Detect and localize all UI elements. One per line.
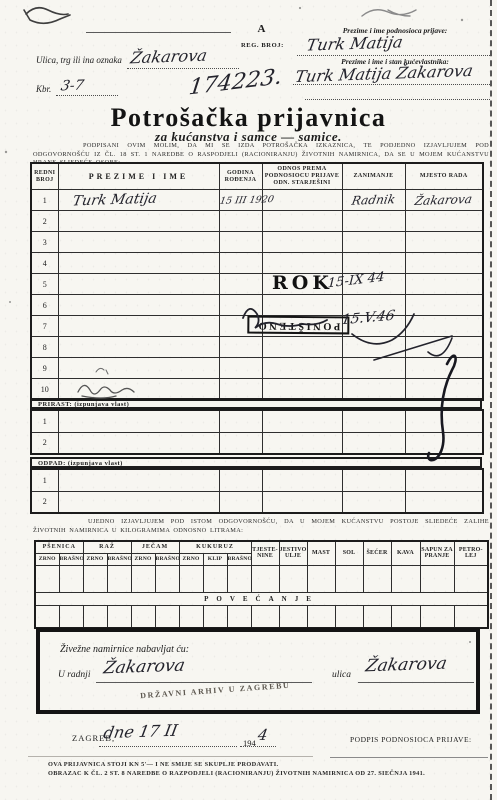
col-header-kava: KAVA — [391, 541, 420, 565]
col-group-psenica: PŠENICA — [35, 541, 83, 553]
col-header-tjestenine: TJESTE-NINE — [251, 541, 279, 565]
birth-value: 15 III 1920 — [218, 194, 274, 207]
table-row: 6 — [31, 295, 483, 316]
odpad-table: 1 2 — [30, 468, 484, 514]
col-group-jecam: JEČAM — [131, 541, 179, 553]
table-header-row: REDNI BROJ PREZIME I IME GODINA ROĐENJA … — [31, 163, 483, 190]
purchase-intro: Živežne namirnice nabavljat ću: — [60, 644, 189, 655]
scan-speck — [461, 19, 463, 21]
table-row: 2 — [31, 432, 483, 454]
table-row: 1 — [31, 410, 483, 432]
shop-value: Žakarova — [102, 656, 187, 679]
row-number: 2 — [31, 432, 58, 454]
row-number: 3 — [31, 232, 58, 253]
col-group-kukuruz: KUKURUZ — [179, 541, 251, 553]
table-row: 9 — [31, 358, 483, 379]
house-number-value: 3-7 — [60, 78, 86, 95]
archive-stamp: DRŽAVNI ARHIV U ZAGREBU — [140, 681, 291, 700]
street-value: Žakarova — [129, 46, 209, 68]
sub-zrno: ZRNO — [35, 553, 59, 565]
house-number-label: Kbr. — [36, 84, 51, 94]
purchase-street-label: ulica — [332, 670, 351, 680]
sub-brasno: BRAŠNO — [59, 553, 83, 565]
workplace-value: Žakarova — [414, 192, 474, 208]
purchase-box: Živežne namirnice nabavljat ću: U radnji… — [36, 628, 480, 714]
workplace-cell: Žakarova — [405, 190, 483, 211]
col-header-mjesto-rada: MJESTO RADA — [405, 163, 483, 190]
footer-note-form: OBRAZAC K ČL. 2 ST. 8 NAREDBE O RAZPODJE… — [48, 770, 425, 777]
supplies-entry-row — [35, 605, 488, 628]
pencil-scribble-top-right — [362, 10, 416, 16]
pencil-scribble-top-left — [24, 8, 70, 24]
row-number: 7 — [31, 316, 58, 337]
scan-speck — [5, 151, 7, 153]
rok-stamp: ROK — [272, 272, 333, 294]
row-number: 8 — [31, 337, 58, 358]
supplies-entry-row — [35, 565, 488, 592]
supplies-group-header-row: PŠENICA RAŽ JEČAM KUKURUZ TJESTE-NINE JE… — [35, 541, 488, 553]
relation-cell — [262, 190, 342, 211]
table-row: 2 — [31, 491, 483, 513]
footer-note-price: OVA PRIJAVNICA STOJI KN 5'— I NE SMIJE S… — [48, 761, 278, 768]
sub-brasno: BRAŠNO — [107, 553, 131, 565]
occupation-value: Radnik — [351, 192, 397, 207]
col-header-jestivo-ulje: JESTIVO ULJE — [279, 541, 307, 565]
sub-brasno: BRAŠNO — [227, 553, 251, 565]
signature-label: PODPIS PODNOSIOCA PRIJAVE: — [350, 735, 472, 744]
table-row: 3 — [31, 232, 483, 253]
row-number: 2 — [31, 491, 58, 513]
section-letter: A — [250, 23, 274, 35]
table-row: 4 — [31, 253, 483, 274]
col-header-petrolej: PETRO-LEJ — [454, 541, 488, 565]
col-header-redni-broj: REDNI BROJ — [31, 163, 58, 190]
col-header-mast: MAST — [307, 541, 335, 565]
col-header-zanimanje: ZANIMANJE — [342, 163, 405, 190]
odpad-label: ODPAD: (izpunjava vlast) — [30, 457, 482, 468]
col-header-secer: ŠEĆER — [363, 541, 391, 565]
table-row: 5 — [31, 274, 483, 295]
header-rule — [86, 32, 231, 33]
sub-klip: KLIP — [203, 553, 227, 565]
col-header-godina-rodenja: GODINA ROĐENJA — [219, 163, 262, 190]
povecanje-row: POVEĆANJE — [35, 592, 488, 605]
year-handwriting: 4 — [256, 726, 269, 744]
applicant-value: Turk Matija — [305, 32, 404, 54]
scan-speck — [9, 301, 11, 303]
year-line — [240, 746, 276, 747]
street-label: Ulica, trg ili ina oznaka — [36, 55, 122, 65]
table-row: 10 — [31, 379, 483, 401]
stock-declaration: UJEDNO IZJAVLJUJEM POD ISTOM ODGOVORNOŠĆ… — [33, 517, 489, 535]
table-row: 1 Turk Matija 15 III 1920 Radnik Žakarov… — [31, 190, 483, 211]
name-cell: Turk Matija — [58, 190, 219, 211]
house-number-line — [56, 95, 118, 96]
povecanje-label: POVEĆANJE — [35, 592, 488, 605]
row-number: 9 — [31, 358, 58, 379]
date-handwriting: dne 17 II — [102, 721, 179, 743]
sub-brasno: BRAŠNO — [155, 553, 179, 565]
name-value: Turk Matija — [71, 191, 158, 210]
row-number: 4 — [31, 253, 58, 274]
left-rule — [28, 756, 313, 757]
date-line — [99, 746, 237, 747]
table-row: 2 — [31, 211, 483, 232]
table-row: 1 — [31, 469, 483, 491]
ponisteno-stamp: PONIŠTENO — [247, 314, 349, 334]
landlord-line — [293, 84, 490, 85]
row-number: 1 — [31, 410, 58, 432]
perforation-edge — [490, 0, 492, 800]
col-header-odnos: ODNOS PREMA PODNOSIOCU PRIJAVE ODN. STAR… — [262, 163, 342, 190]
reg-broj-value: 174223. — [187, 65, 283, 101]
row-number: 1 — [31, 190, 58, 211]
purchase-street-line — [358, 682, 474, 683]
occupation-cell: Radnik — [342, 190, 405, 211]
birth-cell: 15 III 1920 — [219, 190, 262, 211]
col-header-sapun: SAPUN ZA PRANJE — [420, 541, 454, 565]
table-row: 8 — [31, 337, 483, 358]
scanned-form-page: A REG. BROJ: 174223. Prezime i ime podno… — [0, 0, 497, 800]
row-number: 5 — [31, 274, 58, 295]
sub-zrno: ZRNO — [83, 553, 107, 565]
sub-zrno: ZRNO — [131, 553, 155, 565]
prirast-label: PRIRAST: (izpunjava vlast) — [30, 398, 482, 409]
applicant-line — [297, 55, 490, 56]
purchase-street-value: Žakarova — [364, 654, 449, 677]
reg-broj-label: REG. BROJ: — [241, 42, 284, 49]
col-group-raz: RAŽ — [83, 541, 131, 553]
col-header-sol: SOL — [335, 541, 363, 565]
scan-speck — [299, 7, 301, 9]
shop-label: U radnji — [58, 670, 90, 680]
row-number: 1 — [31, 469, 58, 491]
supplies-table: PŠENICA RAŽ JEČAM KUKURUZ TJESTE-NINE JE… — [34, 540, 489, 629]
col-header-prezime-ime: PREZIME I IME — [58, 163, 219, 190]
prirast-table: 1 2 — [30, 409, 484, 455]
street-line — [127, 68, 239, 69]
row-number: 2 — [31, 211, 58, 232]
spare-line — [305, 99, 490, 100]
signature-line — [330, 757, 488, 758]
row-number: 10 — [31, 379, 58, 401]
row-number: 6 — [31, 295, 58, 316]
sub-zrno: ZRNO — [179, 553, 203, 565]
household-table: REDNI BROJ PREZIME I IME GODINA ROĐENJA … — [30, 162, 484, 401]
